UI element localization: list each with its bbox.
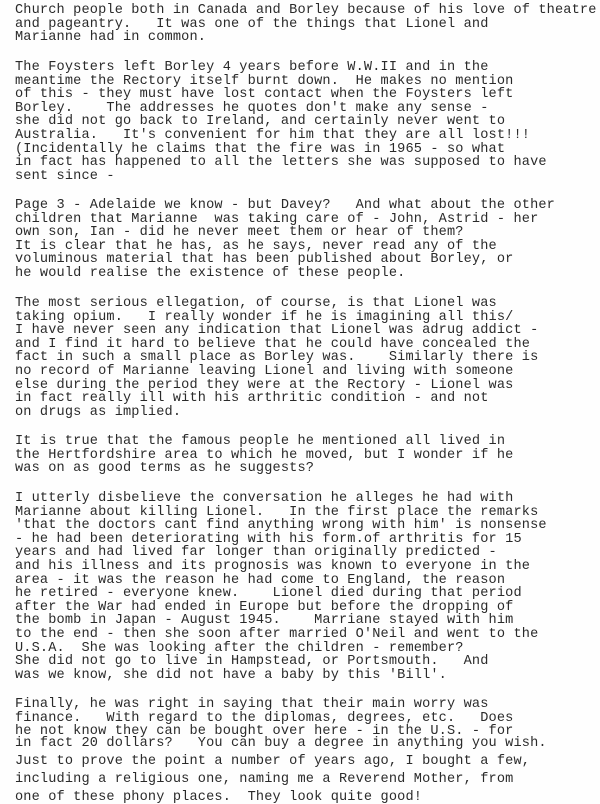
text-line: The Foysters left Borley 4 years before … [15,61,547,75]
text-line: Australia. It's convenient for him that … [15,129,547,143]
text-line: own son, Ian - did he never meet them or… [15,226,555,240]
text-line: and pageantry. It was one of the things … [15,18,597,32]
text-line: on drugs as implied. [15,406,538,420]
text-line: area - it was the reason he had come to … [15,574,547,588]
typewritten-page: Church people both in Canada and Borley … [0,0,600,804]
text-line: she did not go back to Ireland, and cert… [15,115,547,129]
text-line: the bomb in Japan - August 1945. Marrian… [15,614,547,628]
text-line: of this - they must have lost contact wh… [15,88,547,102]
text-line: finance. With regard to the diplomas, de… [15,712,513,726]
paragraph-opium-allegation: The most serious ellegation, of course, … [15,297,538,419]
text-line: meantime the Rectory itself burnt down. … [15,75,547,89]
text-line: Church people both in Canada and Borley … [15,4,597,18]
text-line: to the end - then she soon after married… [15,628,547,642]
paragraph-finance-diplomas: Finally, he was right in saying that the… [15,698,513,739]
text-line: in fact has happened to all the letters … [15,156,547,170]
text-line: U.S.A. She was looking after the childre… [15,642,547,656]
text-line: was on as good terms as he suggests? [15,462,513,476]
text-line: else during the period they were at the … [15,379,538,393]
text-line: I have never seen any indication that Li… [15,324,538,338]
text-line: (Incidentally he claims that the fire wa… [15,143,547,157]
paragraph-page-3-children: Page 3 - Adelaide we know - but Davey? A… [15,199,555,281]
text-line: was we know, she did not have a baby by … [15,669,547,683]
paragraph-foysters-left-borley: The Foysters left Borley 4 years before … [15,61,547,183]
text-line: years and had lived far longer than orig… [15,546,547,560]
text-line: Just to prove the point a number of year… [15,753,547,771]
text-line: - he had been deteriorating with his for… [15,533,547,547]
text-line: one of these phony places. They look qui… [15,789,547,804]
text-line: he retired - everyone knew. Lionel died … [15,587,547,601]
text-line: taking opium. I really wonder if he is i… [15,311,538,325]
text-line: Page 3 - Adelaide we know - but Davey? A… [15,199,555,213]
text-line: 'that the doctors cant find anything wro… [15,519,547,533]
text-line: The most serious ellegation, of course, … [15,297,538,311]
paragraph-conversation-disbelief: I utterly disbelieve the conversation he… [15,492,547,682]
text-line: children that Marianne was taking care o… [15,213,555,227]
text-line: in fact 20 dollars? You can buy a degree… [15,735,547,753]
text-line: fact in such a small place as Borley was… [15,351,538,365]
text-line: Finally, he was right in saying that the… [15,698,513,712]
paragraph-finance-diplomas-continued: in fact 20 dollars? You can buy a degree… [15,735,547,804]
text-line: after the War had ended in Europe but be… [15,601,547,615]
text-line: It is true that the famous people he men… [15,435,513,449]
text-line: I utterly disbelieve the conversation he… [15,492,547,506]
text-line: She did not go to live in Hampstead, or … [15,655,547,669]
text-line: in fact really ill with his arthritic co… [15,392,538,406]
paragraph-shared-interests: Church people both in Canada and Borley … [15,4,597,45]
text-line: It is clear that he has, as he says, nev… [15,240,555,254]
text-line: and his illness and its prognosis was kn… [15,560,547,574]
text-line: the Hertfordshire area to which he moved… [15,449,513,463]
text-line: including a religious one, naming me a R… [15,771,547,789]
text-line: Marianne about killing Lionel. In the fi… [15,506,547,520]
text-line: no record of Marianne leaving Lionel and… [15,365,538,379]
text-line: Borley. The addresses he quotes don't ma… [15,102,547,116]
text-line: and I find it hard to believe that he co… [15,338,538,352]
text-line: voluminous material that has been publis… [15,253,555,267]
text-line: he would realise the existence of these … [15,267,555,281]
paragraph-famous-people: It is true that the famous people he men… [15,435,513,476]
text-line: Marianne had in common. [15,31,597,45]
text-line: sent since - [15,170,547,184]
